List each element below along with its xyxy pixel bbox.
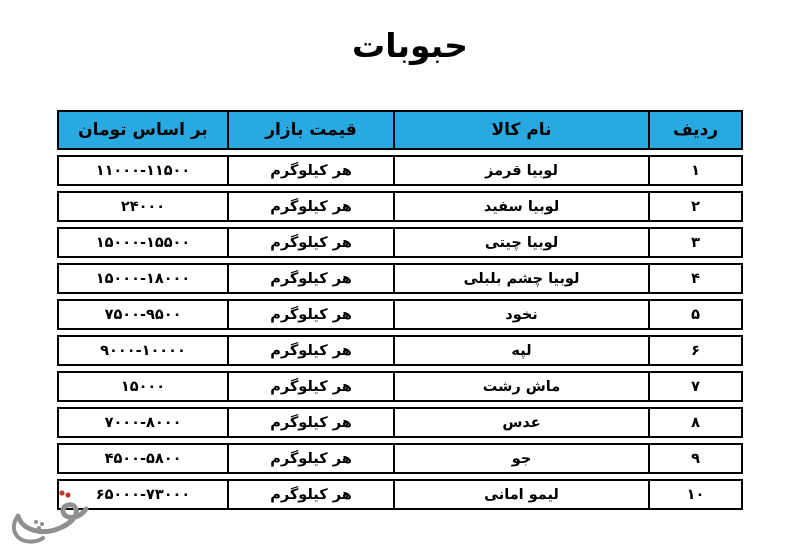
table-row: ۲ لوبیا سفید هر کیلوگرم ۲۴۰۰۰ <box>57 191 743 222</box>
unit-cell: هر کیلوگرم <box>227 265 393 292</box>
item-name-cell: لوبیا چشم بلبلی <box>393 265 648 292</box>
header-item-name: نام کالا <box>393 112 648 148</box>
row-number-cell: ۸ <box>648 409 741 436</box>
price-cell: ۱۵۰۰۰-۱۸۰۰۰ <box>59 265 227 292</box>
watermark-red-dot <box>65 492 70 497</box>
row-number-cell: ۲ <box>648 193 741 220</box>
tasnim-calligraphy-logo <box>6 486 106 550</box>
price-cell: ۷۵۰۰-۹۵۰۰ <box>59 301 227 328</box>
item-name-cell: لپه <box>393 337 648 364</box>
table-body: ۱ لوبیا قرمز هر کیلوگرم ۱۱۰۰۰-۱۱۵۰۰ ۲ لو… <box>57 155 743 510</box>
header-in-toman: بر اساس تومان <box>59 112 227 148</box>
header-market-price: قیمت بازار <box>227 112 393 148</box>
unit-cell: هر کیلوگرم <box>227 337 393 364</box>
table-row: ۶ لپه هر کیلوگرم ۹۰۰۰-۱۰۰۰۰ <box>57 335 743 366</box>
row-number-cell: ۱ <box>648 157 741 184</box>
price-cell: ۱۱۰۰۰-۱۱۵۰۰ <box>59 157 227 184</box>
unit-cell: هر کیلوگرم <box>227 193 393 220</box>
row-number-cell: ۹ <box>648 445 741 472</box>
table-row: ۱ لوبیا قرمز هر کیلوگرم ۱۱۰۰۰-۱۱۵۰۰ <box>57 155 743 186</box>
unit-cell: هر کیلوگرم <box>227 301 393 328</box>
watermark-gray-dot <box>40 522 44 526</box>
header-row-number: ردیف <box>648 112 741 148</box>
item-name-cell: ماش رشت <box>393 373 648 400</box>
price-cell: ۲۴۰۰۰ <box>59 193 227 220</box>
item-name-cell: عدس <box>393 409 648 436</box>
table-row: ۳ لوبیا چیتی هر کیلوگرم ۱۵۰۰۰-۱۵۵۰۰ <box>57 227 743 258</box>
item-name-cell: لوبیا چیتی <box>393 229 648 256</box>
item-name-cell: لوبیا سفید <box>393 193 648 220</box>
table-header-row: ردیف نام کالا قیمت بازار بر اساس تومان <box>57 110 743 150</box>
price-cell: ۷۰۰۰-۸۰۰۰ <box>59 409 227 436</box>
legumes-price-table: ردیف نام کالا قیمت بازار بر اساس تومان ۱… <box>57 110 743 515</box>
price-cell: ۹۰۰۰-۱۰۰۰۰ <box>59 337 227 364</box>
watermark-gray-dot <box>37 526 41 530</box>
row-number-cell: ۴ <box>648 265 741 292</box>
item-name-cell: جو <box>393 445 648 472</box>
unit-cell: هر کیلوگرم <box>227 373 393 400</box>
page: حبوبات ردیف نام کالا قیمت بازار بر اساس … <box>0 0 800 557</box>
item-name-cell: لیمو امانی <box>393 481 648 508</box>
table-row: ۷ ماش رشت هر کیلوگرم ۱۵۰۰۰ <box>57 371 743 402</box>
row-number-cell: ۵ <box>648 301 741 328</box>
item-name-cell: لوبیا قرمز <box>393 157 648 184</box>
watermark-stroke-main <box>18 505 86 532</box>
table-row: ۸ عدس هر کیلوگرم ۷۰۰۰-۸۰۰۰ <box>57 407 743 438</box>
row-number-cell: ۳ <box>648 229 741 256</box>
unit-cell: هر کیلوگرم <box>227 409 393 436</box>
row-number-cell: ۱۰ <box>648 481 741 508</box>
table-row: ۴ لوبیا چشم بلبلی هر کیلوگرم ۱۵۰۰۰-۱۸۰۰۰ <box>57 263 743 294</box>
unit-cell: هر کیلوگرم <box>227 229 393 256</box>
unit-cell: هر کیلوگرم <box>227 481 393 508</box>
table-row: ۹ جو هر کیلوگرم ۴۵۰۰-۵۸۰۰ <box>57 443 743 474</box>
item-name-cell: نخود <box>393 301 648 328</box>
page-title: حبوبات <box>0 26 800 65</box>
watermark-gray-dot <box>34 520 38 524</box>
watermark-red-dot <box>59 490 64 495</box>
row-number-cell: ۷ <box>648 373 741 400</box>
price-cell: ۱۵۰۰۰ <box>59 373 227 400</box>
row-number-cell: ۶ <box>648 337 741 364</box>
price-cell: ۴۵۰۰-۵۸۰۰ <box>59 445 227 472</box>
unit-cell: هر کیلوگرم <box>227 157 393 184</box>
price-cell: ۱۵۰۰۰-۱۵۵۰۰ <box>59 229 227 256</box>
table-row: ۱۰ لیمو امانی هر کیلوگرم ۶۵۰۰۰-۷۳۰۰۰ <box>57 479 743 510</box>
table-row: ۵ نخود هر کیلوگرم ۷۵۰۰-۹۵۰۰ <box>57 299 743 330</box>
unit-cell: هر کیلوگرم <box>227 445 393 472</box>
